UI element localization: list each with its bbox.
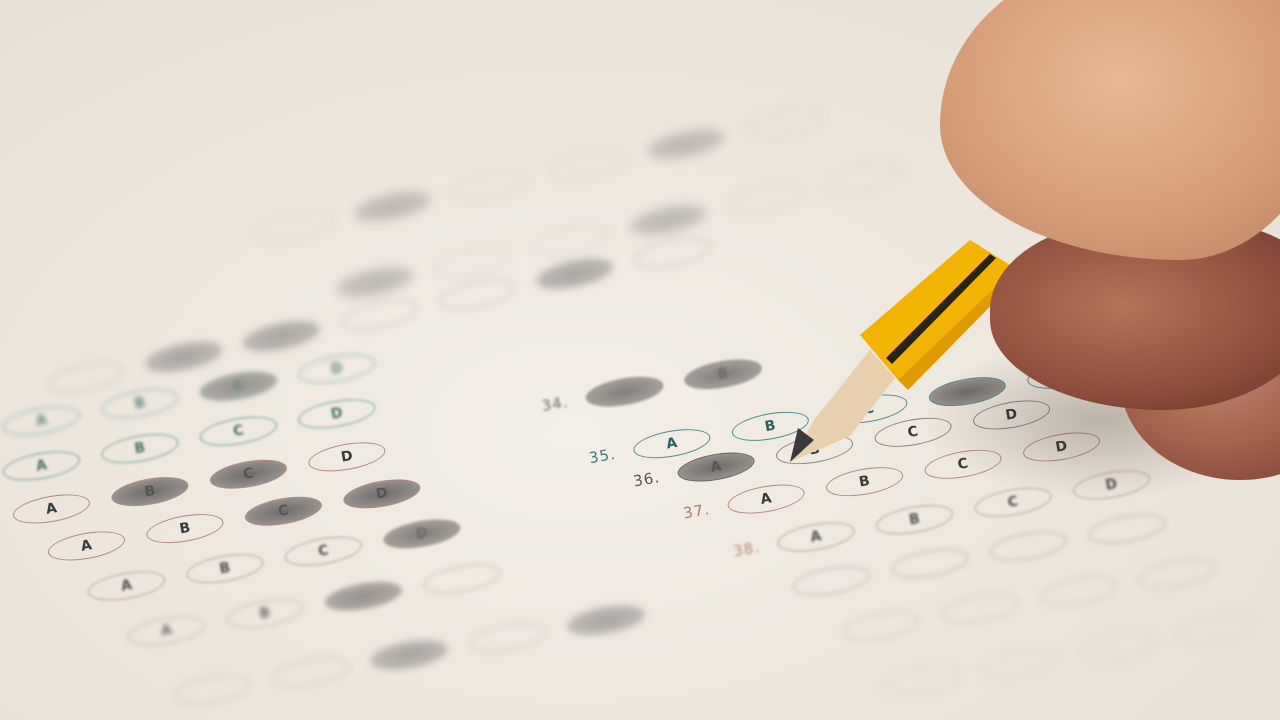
bubble: [841, 606, 922, 645]
bubble: [436, 274, 518, 316]
bubble-b-filled: B: [682, 355, 763, 394]
bubble-a: A: [775, 517, 856, 556]
bubble-d: [421, 559, 502, 598]
bubble-d: D: [306, 437, 387, 476]
bubble-b-filled: B: [109, 472, 190, 511]
bubble: [725, 178, 807, 220]
question-number: 35.: [588, 445, 618, 467]
bubble: [791, 561, 872, 600]
bubble-c-filled: C: [243, 492, 324, 531]
bubble-b: B: [99, 429, 180, 468]
bubble: [881, 661, 962, 700]
bubble: [547, 144, 629, 186]
bubble-c-filled: [323, 577, 404, 616]
question-number: 36.: [632, 468, 662, 490]
bubble: [270, 653, 351, 692]
bubble: [449, 165, 531, 207]
bubble: [1078, 627, 1159, 666]
bubble-d: D: [296, 349, 377, 388]
bubble-a-filled: [584, 372, 665, 411]
bubble-filled: [352, 186, 434, 228]
bubble-filled: [241, 315, 323, 357]
bubble-d-filled: D: [381, 514, 462, 553]
bubble-d: D: [296, 394, 377, 433]
question-row-34: 34. B: [540, 351, 786, 419]
photo-scene: A B C D A B C D A B C D A B C D A B C D: [0, 0, 1280, 720]
bubble: [172, 670, 253, 709]
bubble-b: B: [184, 549, 265, 588]
bubble: [467, 618, 548, 657]
bubble-a: A: [1, 401, 82, 440]
bubble: [823, 157, 905, 199]
bubble-filled: [369, 635, 450, 674]
bubble-c: C: [283, 532, 364, 571]
bubble-a: A: [46, 526, 127, 565]
thumb: [940, 0, 1280, 260]
bubble: [979, 644, 1060, 683]
bubble: [338, 294, 420, 336]
bubble: [743, 102, 825, 144]
bubble: [1038, 572, 1119, 611]
hand: [920, 0, 1280, 520]
bubble-b: B: [144, 509, 225, 548]
bubble-a: A: [11, 489, 92, 528]
bubble-row-far: [45, 228, 735, 399]
bubble: [889, 544, 970, 583]
bubble-filled: [565, 601, 646, 640]
bubble-c-filled: C: [208, 455, 289, 494]
bubble: [1136, 554, 1217, 593]
bubble-filled: [534, 253, 616, 295]
bubble-row-far: [254, 98, 846, 248]
bubble-b: B: [224, 594, 305, 633]
bubble: [988, 527, 1069, 566]
bubble-b: B: [99, 384, 180, 423]
bubble-a: A: [1, 446, 82, 485]
bubble-filled: [143, 336, 225, 378]
bubble: [1176, 609, 1257, 648]
bubble-filled: [645, 123, 727, 165]
bubble: [632, 232, 714, 274]
bubble-c: C: [198, 412, 279, 451]
bubble-c-filled: C: [198, 367, 279, 406]
bubble-a: A: [126, 611, 207, 650]
question-number: 34.: [540, 393, 570, 415]
question-number: 38.: [732, 538, 762, 560]
bubble-a: A: [86, 566, 167, 605]
bubble: [254, 206, 336, 248]
bubble-d-filled: D: [341, 474, 422, 513]
bubble: [45, 357, 127, 399]
question-number: 37.: [682, 500, 712, 522]
bubble: [939, 589, 1020, 628]
bubble-a: A: [725, 479, 806, 518]
